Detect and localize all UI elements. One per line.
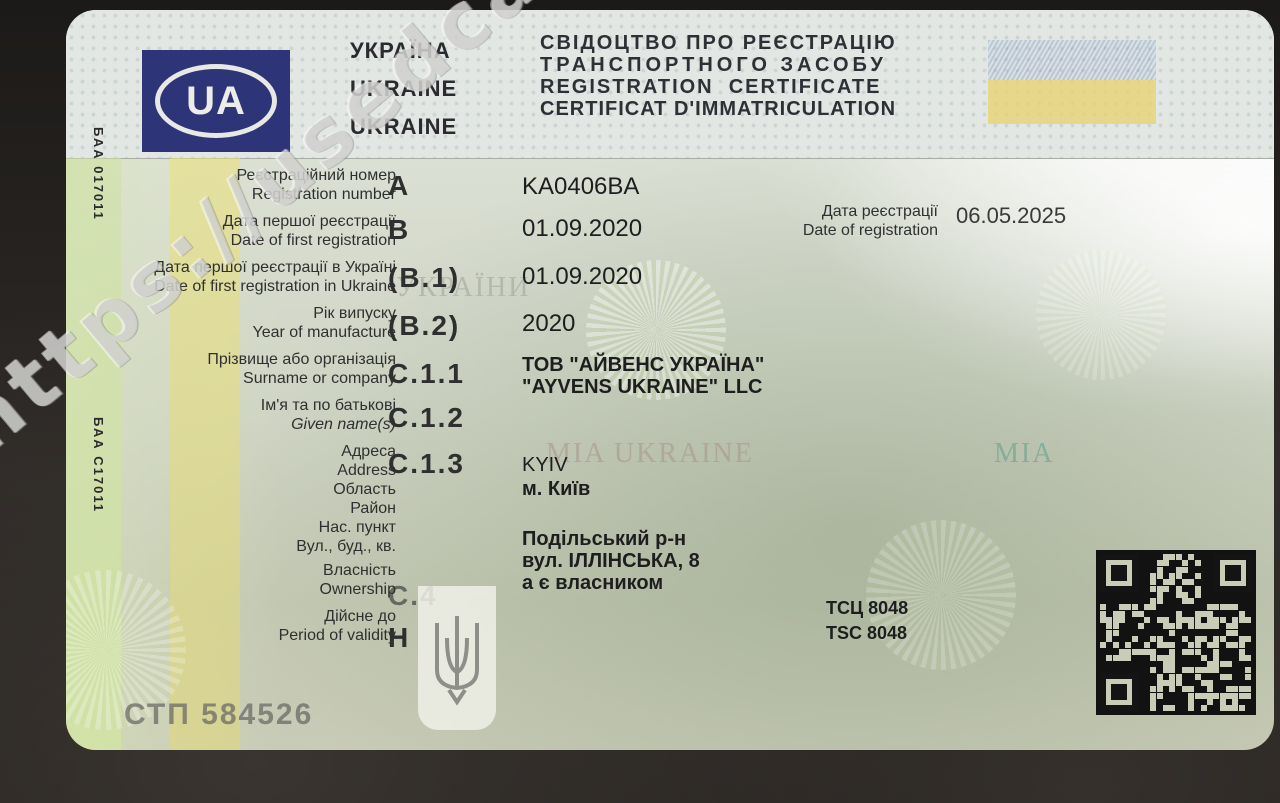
qr-module <box>1220 636 1226 642</box>
qr-module <box>1113 611 1119 617</box>
qr-finder <box>1214 554 1252 592</box>
qr-module <box>1106 655 1112 661</box>
label-year-manufacture: Рік випуску Year of manufacture <box>66 304 396 342</box>
qr-module <box>1213 617 1219 623</box>
qr-module <box>1201 636 1207 642</box>
qr-module <box>1113 642 1119 648</box>
qr-module <box>1232 705 1238 711</box>
qr-module <box>1207 693 1213 699</box>
qr-module <box>1169 661 1175 667</box>
qr-module <box>1245 674 1251 680</box>
qr-module <box>1182 598 1188 604</box>
trident-panel <box>418 586 496 730</box>
label-address: Адреса Address Область Район Нас. пункт … <box>66 442 396 556</box>
qr-module <box>1169 630 1175 636</box>
qr-module <box>1201 623 1207 629</box>
qr-module <box>1182 567 1188 573</box>
qr-module <box>1150 573 1156 579</box>
qr-code <box>1096 550 1256 715</box>
qr-module <box>1207 699 1213 705</box>
qr-module <box>1150 693 1156 699</box>
qr-module <box>1150 655 1156 661</box>
certificate-title: СВІДОЦТВО ПРО РЕЄСТРАЦІЮ ТРАНСПОРТНОГО З… <box>540 32 897 120</box>
qr-module <box>1226 693 1232 699</box>
qr-module <box>1163 560 1169 566</box>
qr-module <box>1113 630 1119 636</box>
qr-module <box>1100 604 1106 610</box>
qr-module <box>1239 642 1245 648</box>
label-en: Ownership <box>66 580 396 599</box>
qr-module <box>1163 617 1169 623</box>
label-first-registration-ukraine: Дата першої реєстрації в Україні Date of… <box>66 258 396 296</box>
qr-module <box>1232 642 1238 648</box>
qr-module <box>1213 667 1219 673</box>
value-address-street: вул. ІЛЛІНСЬКА, 8 <box>522 550 700 572</box>
qr-module <box>1119 604 1125 610</box>
qr-module <box>1213 642 1219 648</box>
qr-module <box>1176 611 1182 617</box>
qr-module <box>1169 573 1175 579</box>
qr-module <box>1226 642 1232 648</box>
qr-module <box>1195 617 1201 623</box>
qr-module <box>1245 636 1251 642</box>
qr-module <box>1150 636 1156 642</box>
qr-module <box>1144 649 1150 655</box>
qr-module <box>1195 586 1201 592</box>
qr-module <box>1239 617 1245 623</box>
qr-module <box>1188 693 1194 699</box>
qr-module <box>1157 567 1163 573</box>
qr-module <box>1176 592 1182 598</box>
qr-module <box>1176 586 1182 592</box>
qr-module <box>1150 699 1156 705</box>
registration-date-label: Дата реєстрації Date of registration <box>746 202 938 240</box>
qr-module <box>1188 617 1194 623</box>
qr-module <box>1176 674 1182 680</box>
label-uk: Власність <box>66 561 396 580</box>
qr-module <box>1157 617 1163 623</box>
label-uk: Дата першої реєстрації <box>66 212 396 231</box>
qr-module <box>1195 642 1201 648</box>
qr-module <box>1239 649 1245 655</box>
qr-module <box>1195 611 1201 617</box>
qr-module <box>1188 699 1194 705</box>
qr-module <box>1220 604 1226 610</box>
qr-module <box>1150 579 1156 585</box>
registration-certificate-card: УКРАЇНИ MIA UKRAINE MIA UA УКРАЇНА UKRAI… <box>66 10 1274 750</box>
qr-module <box>1226 661 1232 667</box>
qr-module <box>1195 693 1201 699</box>
qr-module <box>1245 617 1251 623</box>
qr-module <box>1226 705 1232 711</box>
qr-module <box>1182 579 1188 585</box>
qr-module <box>1138 649 1144 655</box>
qr-module <box>1239 693 1245 699</box>
qr-module <box>1106 630 1112 636</box>
label-en: Date of first registration <box>66 231 396 250</box>
qr-module <box>1207 617 1213 623</box>
label-en: Given name(s) <box>66 415 396 434</box>
ukraine-flag <box>988 40 1156 130</box>
qr-module <box>1157 680 1163 686</box>
qr-module <box>1195 667 1201 673</box>
qr-module <box>1220 674 1226 680</box>
qr-module <box>1188 623 1194 629</box>
qr-module <box>1201 667 1207 673</box>
value-company-en: "AYVENS UKRAINE" LLC <box>522 376 762 398</box>
qr-module <box>1188 649 1194 655</box>
tsc-en: TSC 8048 <box>826 621 908 646</box>
qr-module <box>1226 630 1232 636</box>
qr-module <box>1201 705 1207 711</box>
qr-module <box>1213 604 1219 610</box>
qr-module <box>1157 655 1163 661</box>
qr-module <box>1182 617 1188 623</box>
flag-blue <box>988 40 1156 80</box>
code-c12: C.1.2 <box>388 402 465 434</box>
code-h: H <box>388 622 410 654</box>
registration-date-value: 06.05.2025 <box>956 203 1066 229</box>
tsc-code: ТСЦ 8048 TSC 8048 <box>826 596 908 646</box>
qr-module <box>1232 630 1238 636</box>
qr-module <box>1220 617 1226 623</box>
label-en: Period of validity <box>66 626 396 645</box>
ua-logo: UA <box>142 50 290 152</box>
label-line: Вул., буд., кв. <box>66 537 396 556</box>
label-line: Address <box>66 461 396 480</box>
qr-module <box>1163 667 1169 673</box>
qr-module <box>1213 661 1219 667</box>
qr-module <box>1132 636 1138 642</box>
qr-module <box>1207 661 1213 667</box>
qr-module <box>1213 623 1219 629</box>
qr-module <box>1169 686 1175 692</box>
qr-module <box>1157 573 1163 579</box>
qr-module <box>1169 680 1175 686</box>
qr-module <box>1213 693 1219 699</box>
value-first-registration: 01.09.2020 <box>522 215 642 243</box>
qr-module <box>1213 649 1219 655</box>
qr-module <box>1119 655 1125 661</box>
qr-module <box>1220 693 1226 699</box>
hologram-emblem <box>866 520 1016 670</box>
qr-module <box>1100 611 1106 617</box>
qr-module <box>1163 680 1169 686</box>
code-b: B <box>388 214 410 246</box>
label-en: Date of first registration in Ukraine <box>66 277 396 296</box>
value-address-city-uk: м. Київ <box>522 478 590 500</box>
qr-module <box>1226 686 1232 692</box>
qr-module <box>1188 642 1194 648</box>
qr-module <box>1125 642 1131 648</box>
qr-module <box>1144 642 1150 648</box>
title-en: REGISTRATION CERTIFICATE <box>540 76 897 98</box>
label-en: Surname or company <box>66 369 396 388</box>
country-uk: УКРАЇНА <box>350 32 457 70</box>
qr-module <box>1182 686 1188 692</box>
qr-module <box>1157 686 1163 692</box>
qr-module <box>1132 649 1138 655</box>
label-uk: Реєстраційний номер <box>66 166 396 185</box>
qr-module <box>1226 604 1232 610</box>
qr-module <box>1182 667 1188 673</box>
country-fr: UKRAINE <box>350 108 457 146</box>
qr-module <box>1163 705 1169 711</box>
qr-module <box>1201 693 1207 699</box>
country-en: UKRAINE <box>350 70 457 108</box>
value-address-city-en: KYIV <box>522 454 568 476</box>
qr-module <box>1176 573 1182 579</box>
qr-module <box>1163 554 1169 560</box>
label-en: Date of registration <box>746 221 938 240</box>
qr-module <box>1195 623 1201 629</box>
qr-module <box>1213 636 1219 642</box>
qr-module <box>1239 655 1245 661</box>
qr-module <box>1163 623 1169 629</box>
qr-module <box>1232 617 1238 623</box>
qr-module <box>1220 699 1226 705</box>
title-fr: CERTIFICAT D'IMMATRICULATION <box>540 98 897 120</box>
label-line: Область <box>66 480 396 499</box>
label-line: Адреса <box>66 442 396 461</box>
label-uk: Прізвище або організація <box>66 350 396 369</box>
qr-module <box>1169 623 1175 629</box>
qr-module <box>1150 705 1156 711</box>
qr-module <box>1163 655 1169 661</box>
qr-module <box>1169 705 1175 711</box>
qr-module <box>1150 686 1156 692</box>
qr-module <box>1239 705 1245 711</box>
qr-module <box>1188 686 1194 692</box>
qr-module <box>1245 693 1251 699</box>
qr-module <box>1226 674 1232 680</box>
label-given-names: Ім'я та по батькові Given name(s) <box>66 396 396 434</box>
qr-module <box>1182 592 1188 598</box>
qr-module <box>1157 586 1163 592</box>
qr-module <box>1138 623 1144 629</box>
qr-finder <box>1100 554 1138 592</box>
qr-module <box>1132 604 1138 610</box>
label-line: Нас. пункт <box>66 518 396 537</box>
qr-module <box>1176 567 1182 573</box>
qr-module <box>1125 649 1131 655</box>
hologram-emblem <box>1036 250 1166 380</box>
qr-module <box>1245 667 1251 673</box>
value-registration-number: KA0406BA <box>522 173 639 201</box>
qr-module <box>1125 655 1131 661</box>
qr-module <box>1150 667 1156 673</box>
qr-module <box>1163 579 1169 585</box>
qr-module <box>1176 554 1182 560</box>
qr-module <box>1106 636 1112 642</box>
qr-module <box>1163 661 1169 667</box>
qr-module <box>1195 592 1201 598</box>
qr-module <box>1150 649 1156 655</box>
qr-module <box>1169 674 1175 680</box>
qr-module <box>1195 674 1201 680</box>
qr-module <box>1144 604 1150 610</box>
qr-finder <box>1100 673 1138 711</box>
qr-module <box>1125 604 1131 610</box>
qr-module <box>1188 554 1194 560</box>
qr-module <box>1245 686 1251 692</box>
qr-module <box>1207 680 1213 686</box>
trident-icon <box>427 608 487 708</box>
label-en: Registration number <box>66 185 396 204</box>
qr-module <box>1106 617 1112 623</box>
qr-module <box>1207 667 1213 673</box>
qr-module <box>1220 661 1226 667</box>
hologram-text: MIA UKRAINE <box>546 438 754 470</box>
label-uk: Рік випуску <box>66 304 396 323</box>
qr-module <box>1195 649 1201 655</box>
qr-module <box>1150 586 1156 592</box>
label-en: Year of manufacture <box>66 323 396 342</box>
qr-module <box>1207 611 1213 617</box>
code-a: A <box>388 170 410 202</box>
qr-module <box>1144 617 1150 623</box>
qr-module <box>1113 617 1119 623</box>
value-address-district: Подільський р-н <box>522 528 686 550</box>
qr-module <box>1163 586 1169 592</box>
qr-module <box>1232 686 1238 692</box>
code-b2: (B.2) <box>388 310 460 342</box>
label-uk: Дійсне до <box>66 607 396 626</box>
label-uk: Дата першої реєстрації в Україні <box>66 258 396 277</box>
qr-module <box>1157 560 1163 566</box>
qr-module <box>1207 604 1213 610</box>
code-b1: (B.1) <box>388 262 460 294</box>
qr-module <box>1201 611 1207 617</box>
title-uk-1: СВІДОЦТВО ПРО РЕЄСТРАЦІЮ <box>540 32 897 54</box>
label-ownership: Власність Ownership <box>66 561 396 599</box>
flag-yellow <box>988 80 1156 124</box>
qr-module <box>1232 623 1238 629</box>
ua-oval-badge: UA <box>155 64 277 138</box>
qr-module <box>1195 560 1201 566</box>
qr-module <box>1157 598 1163 604</box>
qr-module <box>1113 655 1119 661</box>
qr-module <box>1100 617 1106 623</box>
qr-module <box>1113 623 1119 629</box>
qr-module <box>1150 604 1156 610</box>
qr-module <box>1239 611 1245 617</box>
qr-module <box>1188 667 1194 673</box>
qr-module <box>1207 623 1213 629</box>
qr-module <box>1182 649 1188 655</box>
qr-module <box>1100 642 1106 648</box>
qr-module <box>1119 649 1125 655</box>
value-year-manufacture: 2020 <box>522 310 575 338</box>
qr-module <box>1195 636 1201 642</box>
field-labels: Реєстраційний номер Registration number … <box>66 166 396 653</box>
qr-module <box>1169 579 1175 585</box>
qr-module <box>1163 642 1169 648</box>
value-first-registration-ukraine: 01.09.2020 <box>522 263 642 291</box>
qr-module <box>1213 655 1219 661</box>
qr-module <box>1157 674 1163 680</box>
qr-module <box>1157 642 1163 648</box>
qr-module <box>1176 617 1182 623</box>
label-line: Район <box>66 499 396 518</box>
qr-module <box>1157 693 1163 699</box>
qr-module <box>1201 655 1207 661</box>
qr-module <box>1169 655 1175 661</box>
title-uk-2: ТРАНСПОРТНОГО ЗАСОБУ <box>540 54 897 76</box>
label-first-registration: Дата першої реєстрації Date of first reg… <box>66 212 396 250</box>
qr-module <box>1232 693 1238 699</box>
qr-module <box>1157 592 1163 598</box>
qr-module <box>1201 680 1207 686</box>
qr-module <box>1169 667 1175 673</box>
qr-module <box>1188 705 1194 711</box>
qr-module <box>1119 617 1125 623</box>
qr-module <box>1239 636 1245 642</box>
label-validity: Дійсне до Period of validity <box>66 607 396 645</box>
qr-module <box>1132 611 1138 617</box>
tsc-uk: ТСЦ 8048 <box>826 596 908 621</box>
country-name: УКРАЇНА UKRAINE UKRAINE <box>350 32 457 146</box>
qr-module <box>1239 686 1245 692</box>
qr-module <box>1169 649 1175 655</box>
qr-module <box>1176 680 1182 686</box>
qr-module <box>1207 686 1213 692</box>
code-c13: C.1.3 <box>388 448 465 480</box>
hologram-text: MIA <box>994 438 1054 470</box>
qr-module <box>1182 560 1188 566</box>
document-serial: СТП 584526 <box>124 698 313 732</box>
qr-module <box>1150 598 1156 604</box>
qr-module <box>1169 642 1175 648</box>
qr-module <box>1138 611 1144 617</box>
qr-module <box>1195 573 1201 579</box>
value-company-uk: ТОВ "АЙВЕНС УКРАЇНА" <box>522 354 764 376</box>
qr-module <box>1232 699 1238 705</box>
qr-module <box>1176 623 1182 629</box>
qr-module <box>1188 598 1194 604</box>
label-uk: Ім'я та по батькові <box>66 396 396 415</box>
qr-module <box>1157 636 1163 642</box>
label-surname-company: Прізвище або організація Surname or comp… <box>66 350 396 388</box>
qr-module <box>1188 579 1194 585</box>
qr-module <box>1169 554 1175 560</box>
qr-module <box>1182 636 1188 642</box>
qr-module <box>1106 623 1112 629</box>
label-registration-number: Реєстраційний номер Registration number <box>66 166 396 204</box>
qr-module <box>1119 611 1125 617</box>
label-uk: Дата реєстрації <box>746 202 938 221</box>
qr-module <box>1226 623 1232 629</box>
qr-module <box>1245 655 1251 661</box>
qr-module <box>1207 642 1213 648</box>
code-c11: C.1.1 <box>388 358 465 390</box>
qr-module <box>1220 705 1226 711</box>
value-ownership: а є власником <box>522 572 663 594</box>
qr-module <box>1232 604 1238 610</box>
